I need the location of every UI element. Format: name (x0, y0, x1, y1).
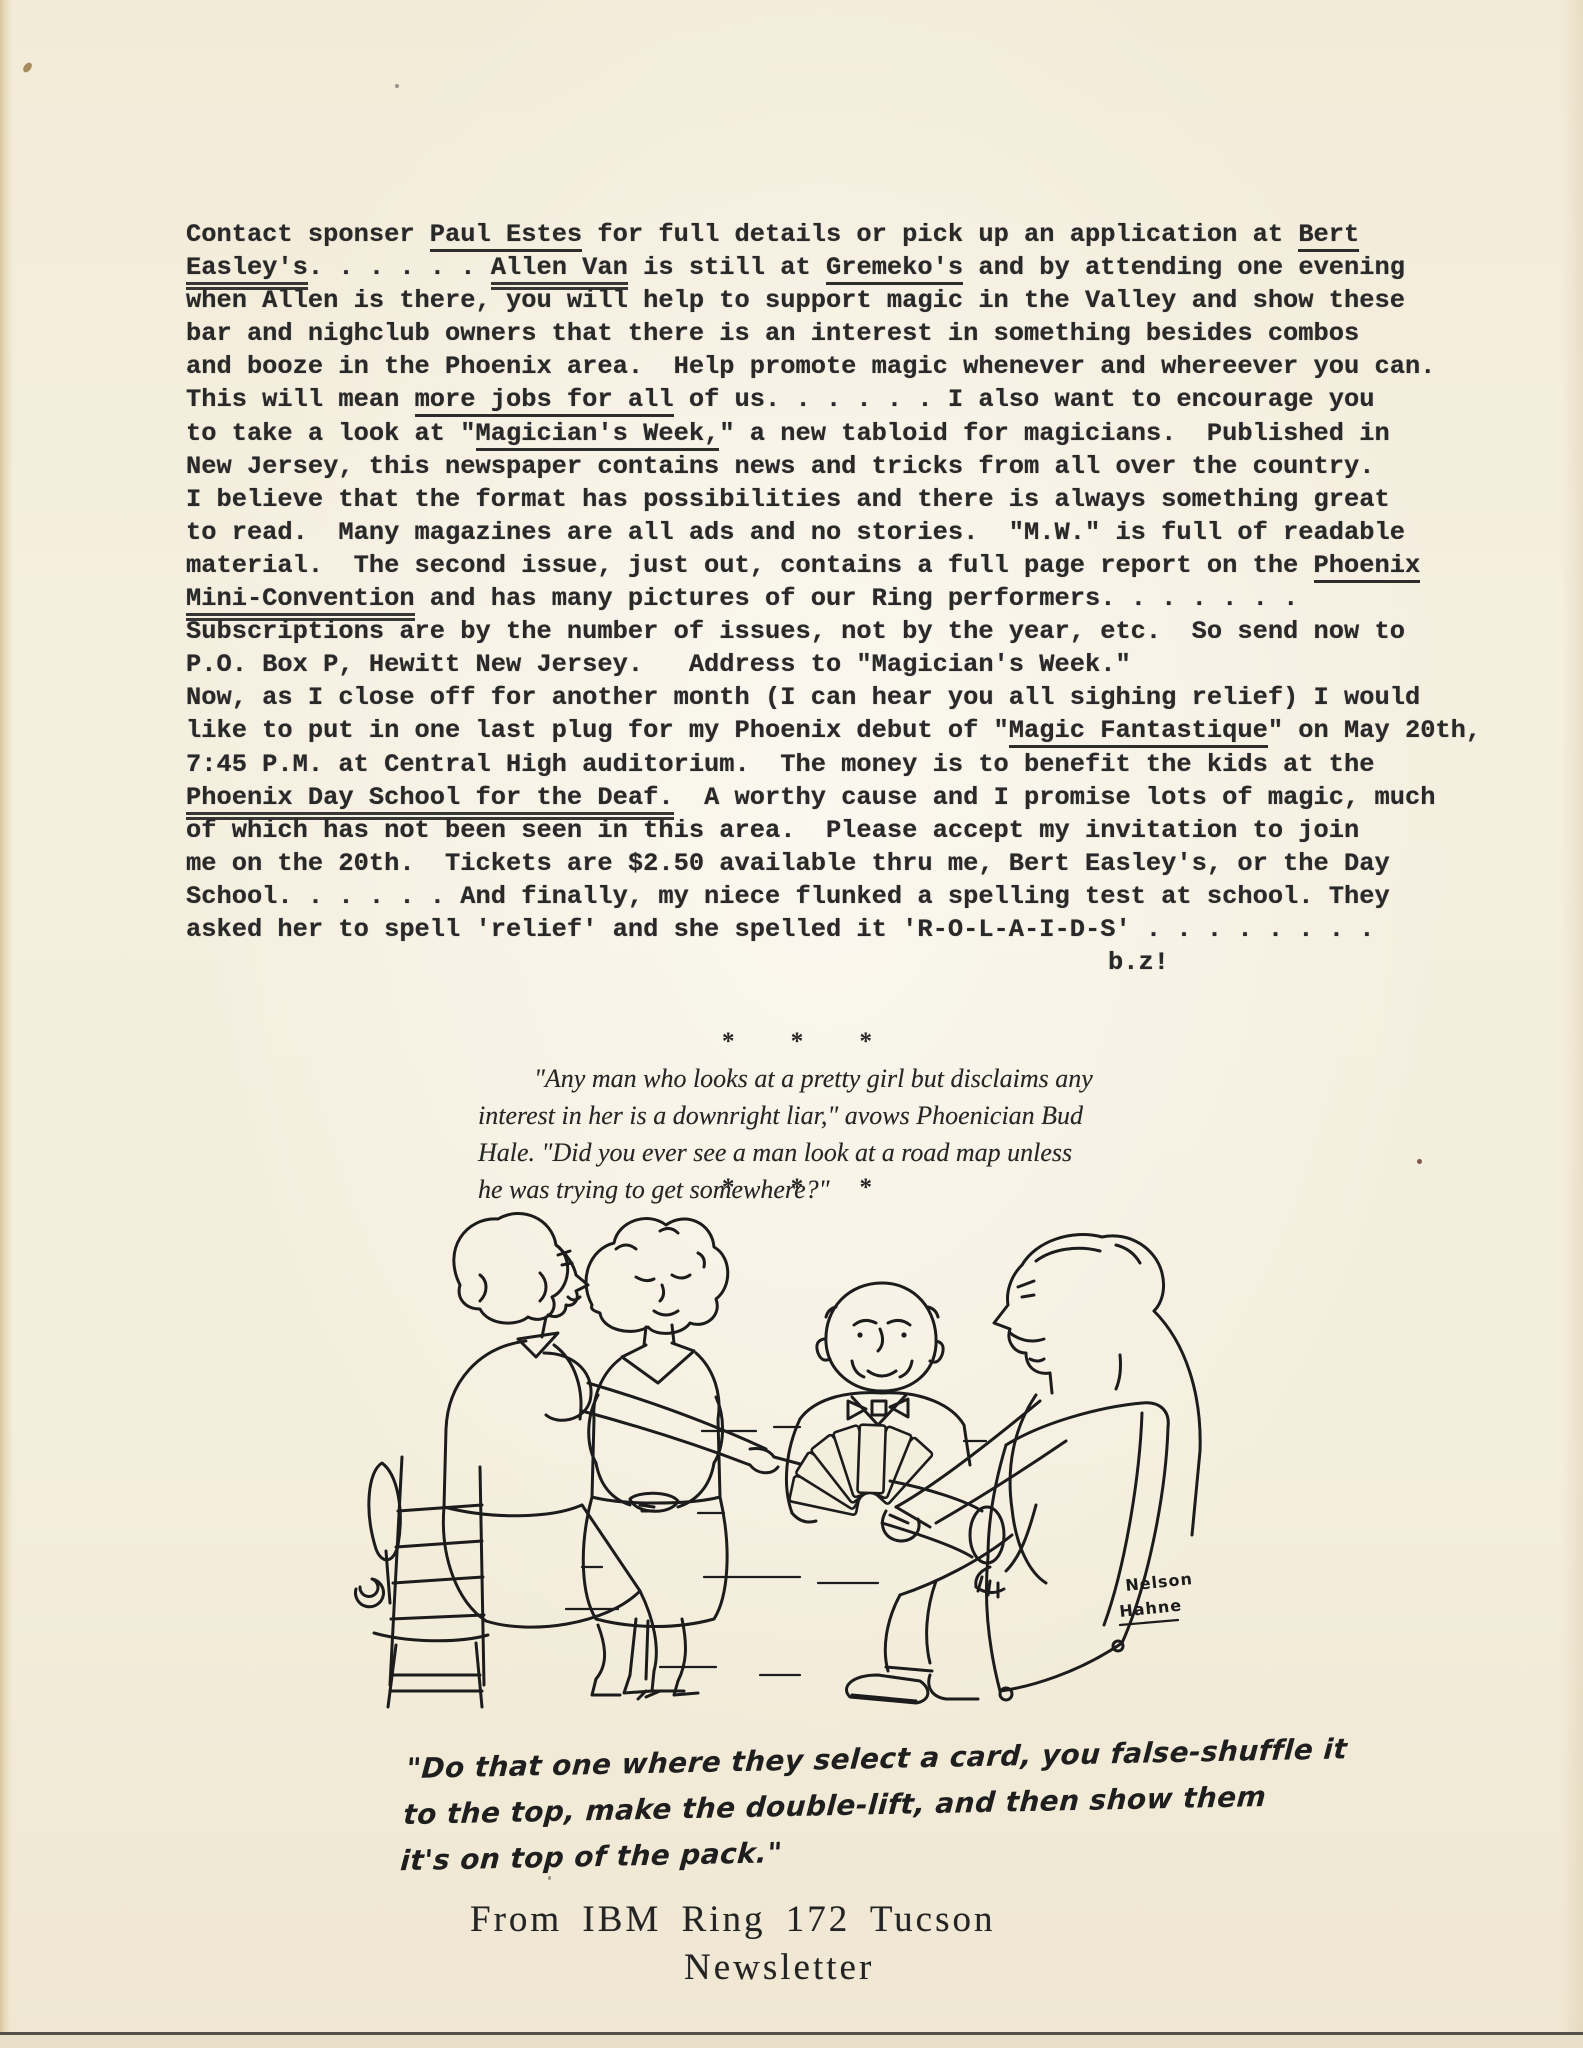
typed-line: like to put in one last plug for my Phoe… (186, 714, 1481, 747)
typed-line: and booze in the Phoenix area. Help prom… (186, 350, 1481, 383)
typed-text: is still at (628, 253, 826, 282)
typed-line: of which has not been seen in this area.… (186, 814, 1481, 847)
typed-text: . . . . . . (308, 253, 491, 282)
typed-letter-body: Contact sponser Paul Estes for full deta… (186, 218, 1481, 979)
typed-line: me on the 20th. Tickets are $2.50 availa… (186, 847, 1481, 880)
typed-text-block: Contact sponser Paul Estes for full deta… (186, 218, 1481, 946)
paper-left-edge (0, 0, 14, 2048)
cartoon-illustration: Nelson Hahne (330, 1205, 1300, 1715)
typed-text: and booze in the Phoenix area. Help prom… (186, 352, 1435, 381)
typed-line: I believe that the format has possibilit… (186, 483, 1481, 516)
paper-speck (21, 61, 33, 74)
footer-credit-line1: From IBM Ring 172 Tucson (470, 1898, 996, 1941)
typed-line: Subscriptions are by the number of issue… (186, 615, 1481, 648)
typed-text: material. The second issue, just out, co… (186, 551, 1314, 580)
underlined-text: Paul Estes (430, 220, 582, 252)
typed-text: for full details or pick up an applicati… (582, 220, 1298, 249)
typed-text: Now, as I close off for another month (I… (186, 683, 1420, 712)
artist-signature-line2: Hahne (1118, 1596, 1182, 1621)
seated-woman (583, 1219, 727, 1699)
cartoon-line-art: Nelson Hahne (330, 1205, 1300, 1715)
typed-text: P.O. Box P, Hewitt New Jersey. Address t… (186, 650, 1131, 679)
scanned-newsletter-page: Contact sponser Paul Estes for full deta… (0, 0, 1583, 2048)
typed-line: School. . . . . . And finally, my niece … (186, 880, 1481, 913)
asterisk-separator-bottom: * * * (722, 1174, 982, 1202)
cartoon-caption-lines: "Do that one where they select a card, y… (399, 1726, 1349, 1884)
asterisk-separator-top: * * * (722, 1028, 982, 1056)
underlined-text: Bert (1298, 220, 1359, 252)
paper-speck (395, 84, 399, 88)
typed-text: School. . . . . . And finally, my niece … (186, 882, 1390, 911)
underlined-text: more jobs for all (415, 385, 674, 417)
typed-line: This will mean more jobs for all of us. … (186, 383, 1481, 416)
paper-speck (548, 1876, 551, 1880)
typed-text: of which has not been seen in this area.… (186, 816, 1359, 845)
typed-line: Now, as I close off for another month (I… (186, 681, 1481, 714)
typed-text: " a new tabloid for magicians. Published… (719, 419, 1389, 448)
typed-line: material. The second issue, just out, co… (186, 549, 1481, 582)
wooden-chair (355, 1457, 488, 1707)
paper-speck (1417, 1159, 1422, 1164)
typed-text: me on the 20th. Tickets are $2.50 availa… (186, 849, 1390, 878)
typed-line: when Allen is there, you will help to su… (186, 284, 1481, 317)
paper-right-edge (1561, 0, 1583, 2048)
typed-text: to take a look at " (186, 419, 476, 448)
card-fan (789, 1425, 933, 1516)
underlined-text: Magician's Week, (476, 419, 720, 451)
typed-text: Subscriptions are by the number of issue… (186, 617, 1405, 646)
typed-text: New Jersey, this newspaper contains news… (186, 452, 1374, 481)
typed-text: when Allen is there, you will help to su… (186, 286, 1405, 315)
typed-line: to read. Many magazines are all ads and … (186, 516, 1481, 549)
typed-line: bar and nighclub owners that there is an… (186, 317, 1481, 350)
typed-line: P.O. Box P, Hewitt New Jersey. Address t… (186, 648, 1481, 681)
underlined-text: Magic Fantastique (1009, 716, 1268, 748)
typed-text: and has many pictures of our Ring perfor… (415, 584, 1299, 613)
typed-text: " on May 20th, (1268, 716, 1481, 745)
typed-line: Easley's. . . . . . Allen Van is still a… (186, 251, 1481, 284)
artist-signature-line1: Nelson (1124, 1569, 1193, 1595)
typed-line: Mini-Convention and has many pictures of… (186, 582, 1481, 615)
typed-line: Contact sponser Paul Estes for full deta… (186, 218, 1481, 251)
scan-bottom-band (0, 2035, 1583, 2048)
typed-text: asked her to spell 'relief' and she spel… (186, 915, 1374, 944)
typed-text: This will mean (186, 385, 415, 414)
typed-line: 7:45 P.M. at Central High auditorium. Th… (186, 748, 1481, 781)
pull-quote-line: interest in her is a downright liar," av… (478, 1097, 1178, 1134)
typed-line: Phoenix Day School for the Deaf. A worth… (186, 781, 1481, 814)
cartoon-caption: "Do that one where they select a card, y… (399, 1726, 1349, 1884)
typed-text: 7:45 P.M. at Central High auditorium. Th… (186, 750, 1374, 779)
typed-line: New Jersey, this newspaper contains news… (186, 450, 1481, 483)
footer-credit-line2: Newsletter (684, 1946, 874, 1989)
pull-quote-line: Hale. "Did you ever see a man look at a … (478, 1134, 1178, 1171)
typed-text: I believe that the format has possibilit… (186, 485, 1390, 514)
typed-text: A worthy cause and I promise lots of mag… (674, 783, 1436, 812)
artist-signature: Nelson Hahne (1118, 1569, 1193, 1625)
underlined-text: Phoenix (1314, 551, 1421, 583)
typed-line: to take a look at "Magician's Week," a n… (186, 417, 1481, 450)
typed-text: and by attending one evening (963, 253, 1405, 282)
typed-text: Contact sponser (186, 220, 430, 249)
pull-quote-line: "Any man who looks at a pretty girl but … (478, 1060, 1178, 1097)
underlined-text: Gremeko's (826, 253, 963, 285)
typed-text: of us. . . . . . I also want to encourag… (674, 385, 1375, 414)
typed-line: asked her to spell 'relief' and she spel… (186, 913, 1481, 946)
typed-text: bar and nighclub owners that there is an… (186, 319, 1359, 348)
typed-text: to read. Many magazines are all ads and … (186, 518, 1405, 547)
typed-text: like to put in one last plug for my Phoe… (186, 716, 1009, 745)
letter-signoff: b.z! (186, 946, 1481, 979)
